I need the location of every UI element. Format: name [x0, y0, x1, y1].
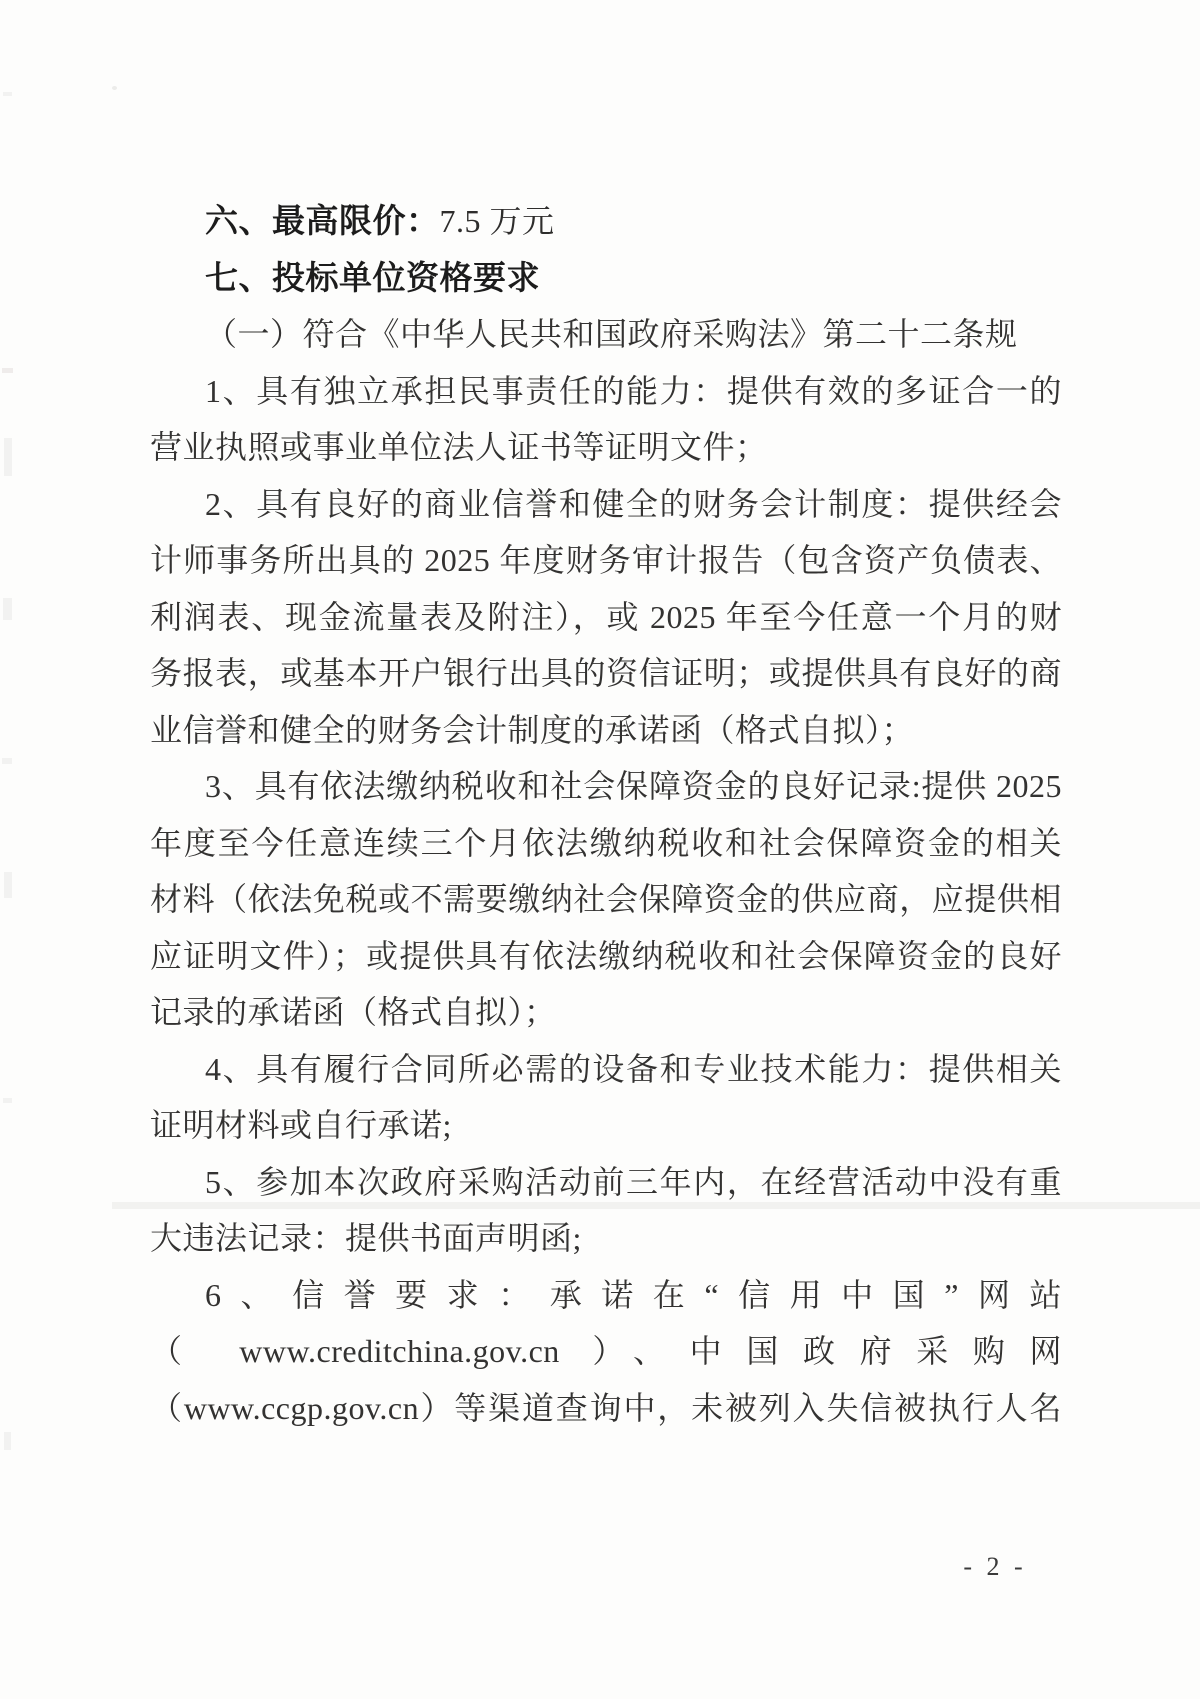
text-line-item2-c: 利润表、现金流量表及附注），或 2025 年至今任意一个月的财	[150, 589, 1062, 646]
text-line-item3-c: 材料（依法免税或不需要缴纳社会保障资金的供应商，应提供相	[150, 871, 1062, 928]
scan-speck	[112, 86, 117, 90]
text-line-item6-b: （ www.creditchina.gov.cn ）、中国政府采购网	[150, 1323, 1062, 1380]
scan-artifact	[4, 438, 12, 476]
section-6-label: 六、最高限价：	[205, 202, 440, 239]
page-number: - 2 -	[930, 1552, 1060, 1582]
scan-artifact	[4, 872, 12, 898]
text-line-clause-1: （一）符合《中华人民共和国政府采购法》第二十二条规定：	[150, 306, 1062, 363]
text-line-item2-e: 业信誉和健全的财务会计制度的承诺函（格式自拟）；	[150, 702, 1062, 759]
section-7-heading: 七、投标单位资格要求	[150, 250, 1062, 307]
text-line-item2-d: 务报表，或基本开户银行出具的资信证明；或提供具有良好的商	[150, 645, 1062, 702]
text-line-item4-a: 4、具有履行合同所必需的设备和专业技术能力：提供相关	[150, 1041, 1062, 1098]
text-line-item4-b: 证明材料或自行承诺;	[150, 1097, 1062, 1154]
text-line-item1-b: 营业执照或事业单位法人证书等证明文件；	[150, 419, 1062, 476]
text-line-item2-b: 计师事务所出具的 2025 年度财务审计报告（包含资产负债表、	[150, 532, 1062, 589]
text-line-item3-b: 年度至今任意连续三个月依法缴纳税收和社会保障资金的相关	[150, 815, 1062, 872]
text-line-item1-a: 1、具有独立承担民事责任的能力：提供有效的多证合一的	[150, 363, 1062, 420]
section-6-heading: 六、最高限价：7.5 万元	[150, 193, 1062, 250]
document-body: 六、最高限价：7.5 万元 七、投标单位资格要求 （一）符合《中华人民共和国政府…	[150, 193, 1062, 1436]
text-line-item6-c: （www.ccgp.gov.cn）等渠道查询中，未被列入失信被执行人名	[150, 1380, 1062, 1437]
scan-artifact	[2, 368, 13, 373]
text-line-item3-a: 3、具有依法缴纳税收和社会保障资金的良好记录:提供 2025	[150, 758, 1062, 815]
scan-artifact	[4, 1432, 11, 1450]
scan-artifact	[3, 598, 12, 620]
text-line-item5-b: 大违法记录：提供书面声明函;	[150, 1210, 1062, 1267]
text-line-item3-d: 应证明文件）；或提供具有依法缴纳税收和社会保障资金的良好	[150, 928, 1062, 985]
text-line-item5-a: 5、参加本次政府采购活动前三年内，在经营活动中没有重	[150, 1154, 1062, 1211]
section-6-value: 7.5 万元	[440, 203, 555, 239]
document-page: 六、最高限价：7.5 万元 七、投标单位资格要求 （一）符合《中华人民共和国政府…	[0, 0, 1200, 1699]
text-line-item3-e: 记录的承诺函（格式自拟）；	[150, 984, 1062, 1041]
scan-artifact	[3, 92, 12, 96]
text-line-item6-a: 6、信誉要求：承诺在“信用中国”网站	[150, 1267, 1062, 1324]
text-line-item2-a: 2、具有良好的商业信誉和健全的财务会计制度：提供经会	[150, 476, 1062, 533]
scan-artifact	[3, 1098, 12, 1103]
scan-artifact	[2, 758, 12, 764]
